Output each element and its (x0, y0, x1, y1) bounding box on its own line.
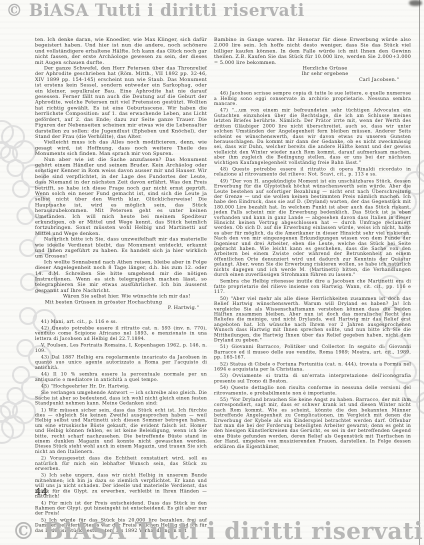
scan-page-edge (419, 0, 420, 545)
footnote: 43) Dal 1887 Helbig era regolarmente inc… (35, 353, 207, 370)
footnote: 53) Ovviamente si tratta di un'errata in… (214, 372, 411, 384)
paragraph: Vielleicht muss ich das Alles noch modif… (35, 140, 207, 157)
footnote: 50) "Aber viel mehr als alle diese Herrl… (214, 295, 411, 343)
paragraph: Nun aber wie ist die Sache anzufassen? D… (35, 157, 207, 237)
footnote: 42) Questo potrebbe essere il ritratto c… (35, 324, 207, 341)
scanned-page: © BiASA Tutti i diritti riservati ten. I… (0, 0, 424, 545)
footnote: 3) Ich sehe ungern, dass wir nicht Helbi… (35, 472, 207, 500)
jacobsen-letter-text: Bambino in Gange waren. Ihr Honorar für … (214, 37, 411, 83)
hartwig-letter-text: ten. Ich denke daran, wie Knoedler, wie … (35, 37, 207, 311)
right-column: Bambino in Gange waren. Ihr Honorar für … (214, 37, 411, 533)
footnote: 2) Vorausgesetzt dass die Echtheit const… (35, 455, 207, 472)
footnote: 1) Wir müssen sicher sein, dass das Stüc… (35, 406, 207, 454)
footnote: 46) Jacobsen scrisse sempre copia di tut… (214, 90, 411, 107)
footnote: Sie verlangen umgehende Antwort — ich sc… (35, 389, 207, 406)
footnote: 49) "Der von H. angekündigte Moment ist … (214, 177, 411, 277)
scan-text-area: ten. Ich denke daran, wie Knoedler, wie … (0, 0, 424, 545)
footnote: 47) "...um von einem mir befreundeten se… (214, 107, 411, 166)
paragraph: Bambino in Gange waren. Ihr Honorar für … (214, 37, 411, 66)
paragraph: Ich wollte Sonnabend nach Athen reisen, … (35, 259, 207, 293)
page-number: 44 (35, 487, 48, 498)
footnote: V. Poulsen, Les Portraits Romains, I, Ko… (35, 342, 207, 354)
paragraph: Natürlich bitte ich Sie, dass unzweifelh… (35, 237, 207, 260)
footnote: 44) Il 10 % sembra essere la percentuale… (35, 371, 207, 383)
footnote: 45) "Hochgeehrter Hr. Dr. Hartwig. (35, 382, 207, 389)
footnote: 54) Questo dettaglio non risulta conform… (214, 384, 411, 396)
watermark-bottom: © BiASA Tutti i diritti riservati (12, 518, 423, 545)
signature-hartwig: P. Hartwig." (35, 305, 207, 311)
footnote: 41) Mani, art. cit., p. 116 e ss. (35, 318, 207, 325)
signature-jacobsen: Carl Jacobsen." (214, 77, 411, 83)
watermark-top: © BiASA Tutti i diritti riservati (6, 1, 305, 20)
footnote: 51) Giovanni Barracco, Politiker und Col… (214, 343, 411, 360)
footnote: 55) "Vor Dryland brauchen Sie keine Angs… (214, 396, 411, 450)
scan-smudge (409, 0, 422, 6)
right-footnotes: 46) Jacobsen scrisse sempre copia di tut… (214, 90, 411, 450)
footnote: 48) Questo potrebbe essere il ritratto d… (214, 165, 411, 177)
left-column: ten. Ich denke daran, wie Knoedler, wie … (35, 37, 207, 533)
paragraph: ten. Ich denke daran, wie Knoedler, wie … (35, 37, 207, 66)
footnote: 4) Für mich ist der Preis entscheidend. … (35, 499, 207, 516)
footnote: Sembra che Helbig ritenesse inutile dire… (214, 278, 411, 295)
footnote: 52) Statua di Cibele o Fortuna Portuniti… (214, 360, 411, 372)
paragraph: Der ganze Schwefel, den Herr Petersen üb… (35, 66, 207, 140)
left-footnotes: 41) Mani, art. cit., p. 116 e ss. 42) Qu… (35, 318, 207, 534)
